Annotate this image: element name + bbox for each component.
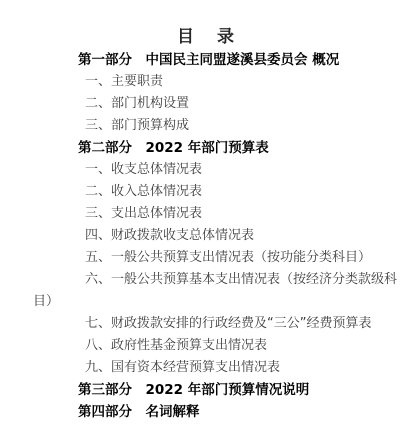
toc-item: 一、主要职责	[0, 71, 414, 93]
toc-item: 二、收入总体情况表	[0, 181, 414, 203]
toc-item: 一、收支总体情况表	[0, 159, 414, 181]
toc-item: 七、财政拨款安排的行政经费及“三公”经费预算表	[0, 313, 414, 335]
toc-item: 二、部门机构设置	[0, 93, 414, 115]
toc-item: 三、部门预算构成	[0, 115, 414, 137]
toc-item: 六、一般公共预算基本支出情况表（按经济分类款级科	[0, 269, 414, 291]
toc-item: 目）	[0, 291, 414, 313]
page-title: 目 录	[0, 0, 414, 49]
toc-item: 四、财政拨款收支总体情况表	[0, 225, 414, 247]
toc-heading: 第二部分 2022 年部门预算表	[0, 137, 414, 159]
toc-lines: 第一部分 中国民主同盟遂溪县委员会 概况一、主要职责二、部门机构设置三、部门预算…	[0, 49, 414, 423]
toc-heading: 第一部分 中国民主同盟遂溪县委员会 概况	[0, 49, 414, 71]
toc-heading: 第三部分 2022 年部门预算情况说明	[0, 379, 414, 401]
toc-heading: 第四部分 名词解释	[0, 401, 414, 423]
toc-item: 三、支出总体情况表	[0, 203, 414, 225]
toc-item: 九、国有资本经营预算支出情况表	[0, 357, 414, 379]
toc-item: 五、一般公共预算支出情况表（按功能分类科目）	[0, 247, 414, 269]
toc-item: 八、政府性基金预算支出情况表	[0, 335, 414, 357]
document-page: 目 录 第一部分 中国民主同盟遂溪县委员会 概况一、主要职责二、部门机构设置三、…	[0, 0, 414, 429]
